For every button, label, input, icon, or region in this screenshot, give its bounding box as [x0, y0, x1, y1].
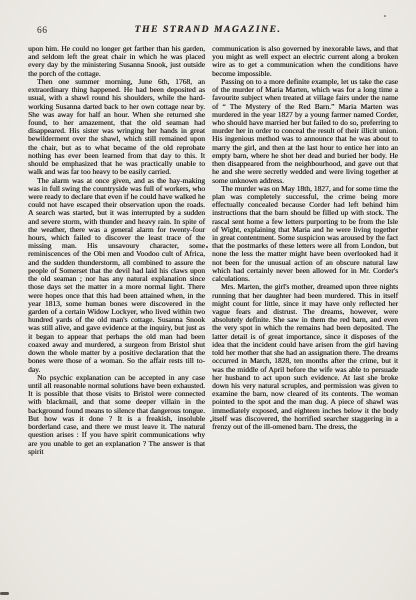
paragraph: Then one summer morning, June 6th, 1768,…: [28, 78, 205, 177]
page-header: 66 THE STRAND MAGAZINE.: [0, 0, 416, 38]
paragraph: The alarm was at once given, and as the …: [28, 177, 205, 374]
paragraph: Passing on to a more definite example, l…: [212, 78, 398, 185]
right-column: communication is also governed by inexor…: [212, 45, 398, 456]
paragraph: No psychic explanation can be accepted i…: [28, 374, 205, 456]
scan-smudge: [0, 592, 9, 595]
journal-title: THE STRAND MAGAZINE.: [0, 25, 416, 35]
page-number: 66: [37, 26, 48, 36]
paragraph: communication is also governed by inexor…: [212, 45, 398, 78]
scan-speck: [206, 246, 208, 248]
scan-speck: [210, 420, 212, 422]
paragraph: Mrs. Marten, the girl's mother, dreamed …: [212, 283, 398, 431]
paragraph: The murder was on May 18th, 1827, and fo…: [212, 185, 398, 284]
paragraph: upon him. He could no longer get farther…: [28, 45, 205, 78]
scan-speck: [384, 15, 386, 17]
left-column: upon him. He could no longer get farther…: [28, 45, 205, 456]
magazine-page-scan: 66 THE STRAND MAGAZINE. upon him. He cou…: [0, 0, 416, 600]
article-body: upon him. He could no longer get farther…: [28, 45, 398, 456]
